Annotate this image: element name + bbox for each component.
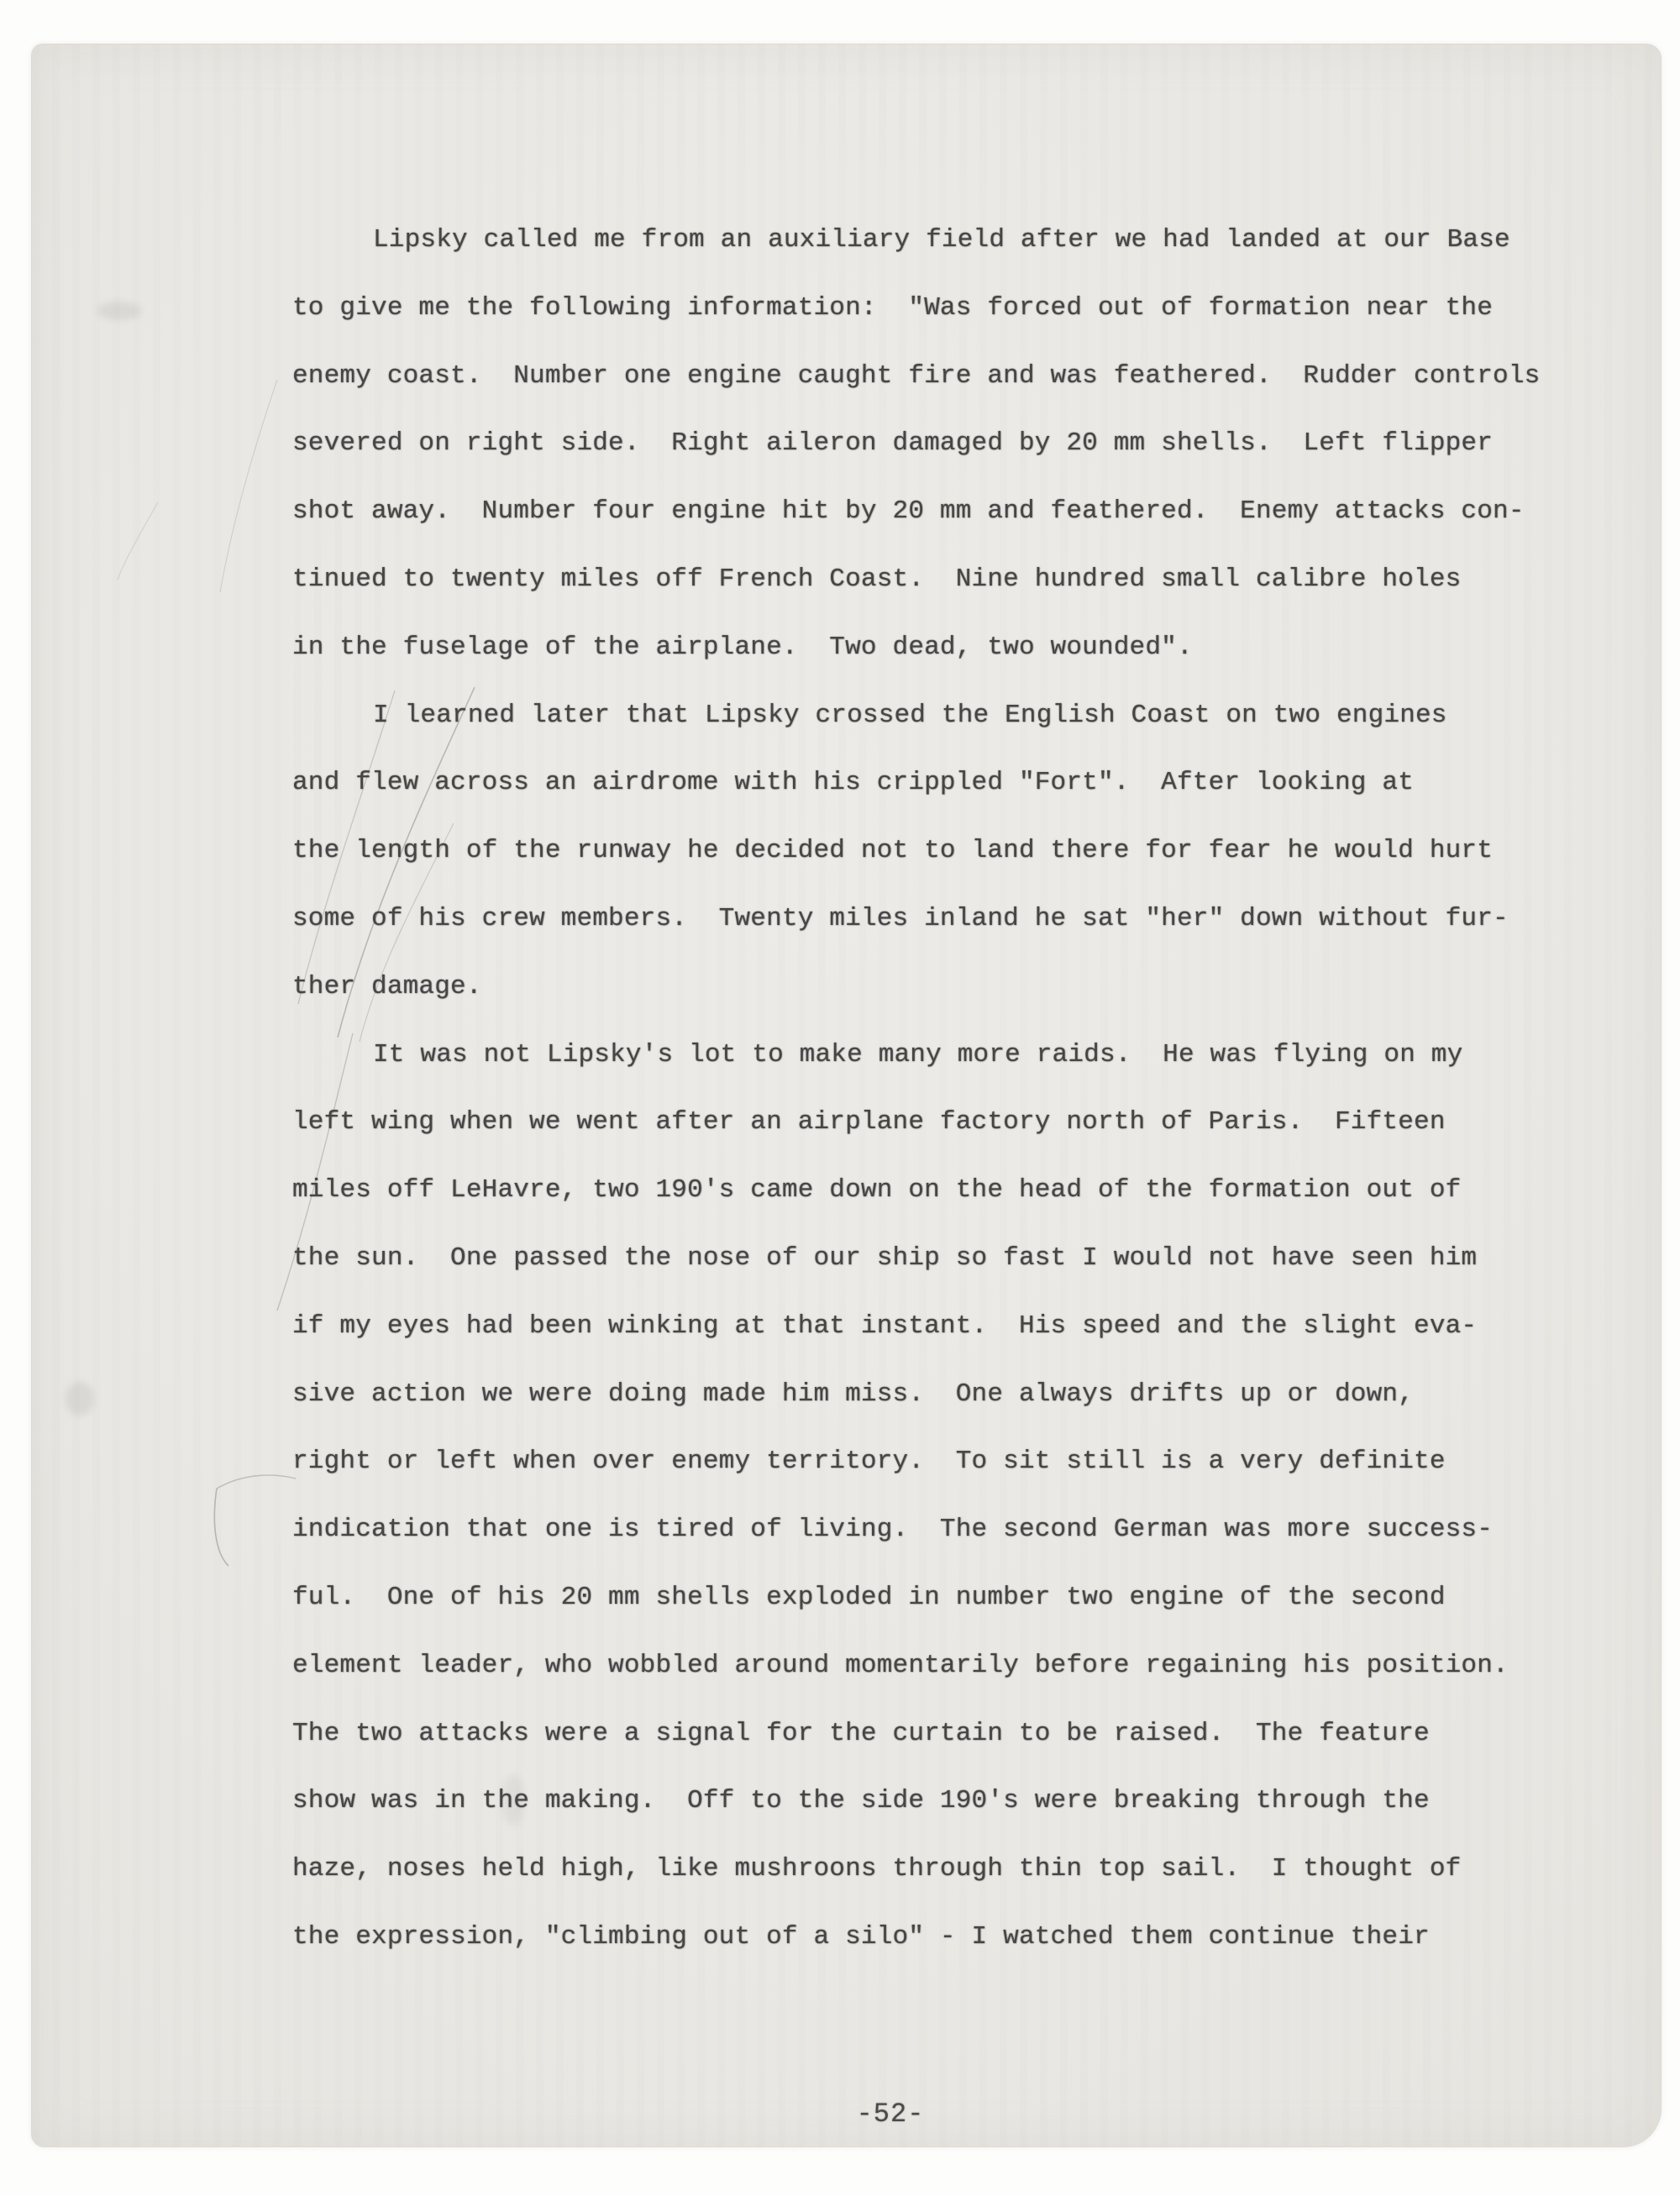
text-line: shot away. Number four engine hit by 20 … [292,478,1552,546]
scan-smudge [97,302,141,320]
text-line: in the fuselage of the airplane. Two dea… [292,614,1552,682]
text-line: haze, noses held high, like mushroons th… [292,1836,1552,1904]
paragraph: It was not Lipsky's lot to make many mor… [292,1022,1552,1972]
text-line: sive action we were doing made him miss.… [292,1361,1552,1429]
paragraph: I learned later that Lipsky crossed the … [292,682,1552,1022]
scanned-page: Lipsky called me from an auxiliary field… [0,0,1680,2196]
text-line: to give me the following information: "W… [292,275,1552,343]
text-line: tinued to twenty miles off French Coast.… [292,546,1552,614]
text-line: and flew across an airdrome with his cri… [292,749,1552,817]
text-line: the sun. One passed the nose of our ship… [292,1225,1552,1293]
text-line: miles off LeHavre, two 190's came down o… [292,1157,1552,1225]
text-line: ther damage. [292,954,1552,1022]
text-line: some of his crew members. Twenty miles i… [292,885,1552,954]
text-line: indication that one is tired of living. … [292,1496,1552,1564]
text-line: if my eyes had been winking at that inst… [292,1293,1552,1361]
text-line: left wing when we went after an airplane… [292,1089,1552,1157]
scan-smudge [66,1382,94,1416]
text-line: ful. One of his 20 mm shells exploded in… [292,1564,1552,1632]
paragraph: Lipsky called me from an auxiliary field… [292,207,1552,682]
text-line: Lipsky called me from an auxiliary field… [292,207,1552,275]
text-line: severed on right side. Right aileron dam… [292,410,1552,478]
text-line: I learned later that Lipsky crossed the … [292,682,1552,750]
text-line: the expression, "climbing out of a silo"… [292,1904,1552,1972]
text-line: The two attacks were a signal for the cu… [292,1700,1552,1768]
text-line: the length of the runway he decided not … [292,817,1552,885]
text-line: It was not Lipsky's lot to make many mor… [292,1022,1552,1090]
page-number: -52- [806,2099,974,2130]
text-line: enemy coast. Number one engine caught fi… [292,343,1552,411]
text-block: Lipsky called me from an auxiliary field… [292,207,1552,1972]
text-line: show was in the making. Off to the side … [292,1768,1552,1836]
text-line: right or left when over enemy territory.… [292,1428,1552,1496]
text-line: element leader, who wobbled around momen… [292,1632,1552,1700]
